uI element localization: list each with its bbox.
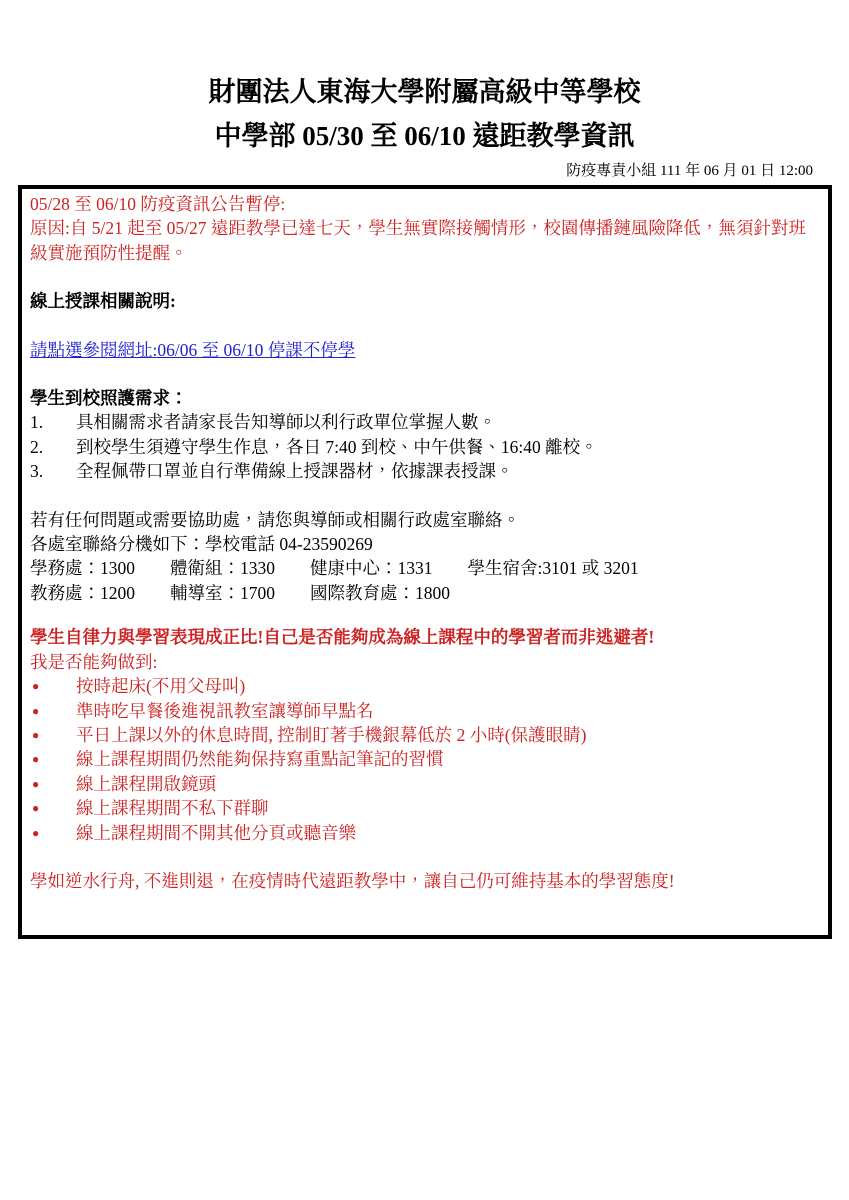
bullet-icon: ● [30,674,76,698]
bullet-icon: ● [30,772,76,796]
contact-ext-line-2: 教務處：1200 輔導室：1700 國際教育處：1800 [30,581,818,605]
care-list-item: 1. 具相關需求者請家長告知導師以利行政單位掌握人數。 [30,410,818,434]
bullet-icon: ● [30,699,76,723]
care-item-text: 全程佩帶口罩並自行準備線上授課器材，依據課表授課。 [76,459,818,483]
spacer [30,845,818,869]
contact-phone-line: 各處室聯絡分機如下：學校電話 04-23590269 [30,532,818,556]
discipline-list-item: ● 線上課程期間不開其他分頁或聽音樂 [30,821,818,845]
reference-link[interactable]: 請點選參閱網址:06/06 至 06/10 停課不停學 [30,340,355,360]
document-page: 財團法人東海大學附屬高級中等學校 中學部 05/30 至 06/10 遠距教學資… [0,0,849,1200]
spacer [30,362,818,386]
notice-box: 05/28 至 06/10 防疫資訊公告暫停: 原因:自 5/21 起至 05/… [18,185,832,939]
list-number: 2. [30,435,76,459]
discipline-list-item: ● 線上課程開啟鏡頭 [30,772,818,796]
online-class-heading: 線上授課相關說明: [30,289,818,313]
document-title: 中學部 05/30 至 06/10 遠距教學資訊 [0,114,849,158]
care-item-text: 具相關需求者請家長告知導師以利行政單位掌握人數。 [76,410,818,434]
discipline-list-item: ● 按時起床(不用父母叫) [30,674,818,698]
spacer [30,314,818,338]
list-number: 3. [30,459,76,483]
byline: 防疫專責小組 111 年 06 月 01 日 12:00 [0,160,849,182]
motivation-sub: 我是否能夠做到: [30,650,818,674]
spacer [30,265,818,289]
reference-link-line: 請點選參閱網址:06/06 至 06/10 停課不停學 [30,338,818,362]
school-title: 財團法人東海大學附屬高級中等學校 [0,70,849,114]
suspension-title: 05/28 至 06/10 防疫資訊公告暫停: [30,192,818,216]
care-list-item: 3. 全程佩帶口罩並自行準備線上授課器材，依據課表授課。 [30,459,818,483]
list-number: 1. [30,410,76,434]
discipline-item-text: 線上課程期間仍然能夠保持寫重點記筆記的習慣 [76,747,818,771]
discipline-item-text: 平日上課以外的休息時間, 控制盯著手機銀幕低於 2 小時(保護眼睛) [76,723,818,747]
discipline-list-item: ● 準時吃早餐後進視訊教室讓導師早點名 [30,699,818,723]
discipline-list-item: ● 平日上課以外的休息時間, 控制盯著手機銀幕低於 2 小時(保護眼睛) [30,723,818,747]
discipline-list-item: ● 線上課程期間仍然能夠保持寫重點記筆記的習慣 [30,747,818,771]
closing-remark: 學如逆水行舟, 不進則退，在疫情時代遠距教學中，讓自己仍可維持基本的學習態度! [30,869,818,893]
spacer [30,484,818,508]
discipline-list-item: ● 線上課程期間不私下群聊 [30,796,818,820]
bullet-icon: ● [30,747,76,771]
spacer [30,605,818,625]
care-list-item: 2. 到校學生須遵守學生作息，各日 7:40 到校、中午供餐、16:40 離校。 [30,435,818,459]
care-item-text: 到校學生須遵守學生作息，各日 7:40 到校、中午供餐、16:40 離校。 [76,435,818,459]
contact-intro: 若有任何問題或需要協助處，請您與導師或相關行政處室聯絡。 [30,508,818,532]
bullet-icon: ● [30,821,76,845]
discipline-item-text: 準時吃早餐後進視訊教室讓導師早點名 [76,699,818,723]
bullet-icon: ● [30,723,76,747]
motivation-heading: 學生自律力與學習表現成正比!自己是否能夠成為線上課程中的學習者而非逃避者! [30,625,818,649]
discipline-item-text: 線上課程期間不私下群聊 [76,796,818,820]
discipline-item-text: 按時起床(不用父母叫) [76,674,818,698]
suspension-reason: 原因:自 5/21 起至 05/27 遠距教學已達七天，學生無實際接觸情形，校園… [30,216,818,265]
contact-ext-line-1: 學務處：1300 體衛組：1330 健康中心：1331 學生宿舍:3101 或 … [30,556,818,580]
care-heading: 學生到校照護需求： [30,386,818,410]
bullet-icon: ● [30,796,76,820]
discipline-item-text: 線上課程開啟鏡頭 [76,772,818,796]
discipline-item-text: 線上課程期間不開其他分頁或聽音樂 [76,821,818,845]
